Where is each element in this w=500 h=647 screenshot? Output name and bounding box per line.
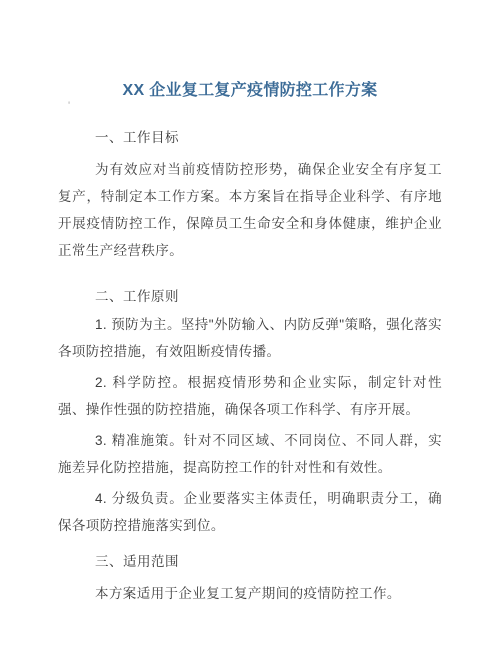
section-work-principles: 二、工作原则 1. 预防为主。坚持"外防输入、内防反弹"策略，强化落实各项防控措… — [58, 286, 442, 539]
paragraph-principle-2: 2. 科学防控。根据疫情形势和企业实际，制定针对性强、操作性强的防控措施，确保各… — [58, 369, 442, 423]
section-scope: 三、适用范围 本方案适用于企业复工复产期间的疫情防控工作。 — [58, 551, 442, 607]
document-title: XX 企业复工复产疫情防控工作方案 — [58, 80, 442, 102]
paragraph-work-goals: 为有效应对当前疫情防控形势，确保企业安全有序复工复产，特制定本工作方案。本方案旨… — [58, 156, 442, 264]
section-heading-work-principles: 二、工作原则 — [58, 286, 442, 307]
paragraph-principle-4: 4. 分级负责。企业要落实主体责任，明确职责分工，确保各项防控措施落实到位。 — [58, 485, 442, 539]
section-heading-scope: 三、适用范围 — [58, 551, 442, 572]
paragraph-scope: 本方案适用于企业复工复产期间的疫情防控工作。 — [58, 580, 442, 607]
document-page: XX 企业复工复产疫情防控工作方案 ' 一、工作目标 为有效应对当前疫情防控形势… — [0, 0, 500, 647]
section-heading-work-goals: 一、工作目标 — [58, 127, 442, 148]
section-work-goals: 一、工作目标 为有效应对当前疫情防控形势，确保企业安全有序复工复产，特制定本工作… — [58, 127, 442, 264]
paragraph-principle-3: 3. 精准施策。针对不同区域、不同岗位、不同人群，实施差异化防控措施，提高防控工… — [58, 427, 442, 481]
paragraph-principle-1: 1. 预防为主。坚持"外防输入、内防反弹"策略，强化落实各项防控措施，有效阻断疫… — [58, 311, 442, 365]
stray-mark: ' — [68, 101, 70, 112]
